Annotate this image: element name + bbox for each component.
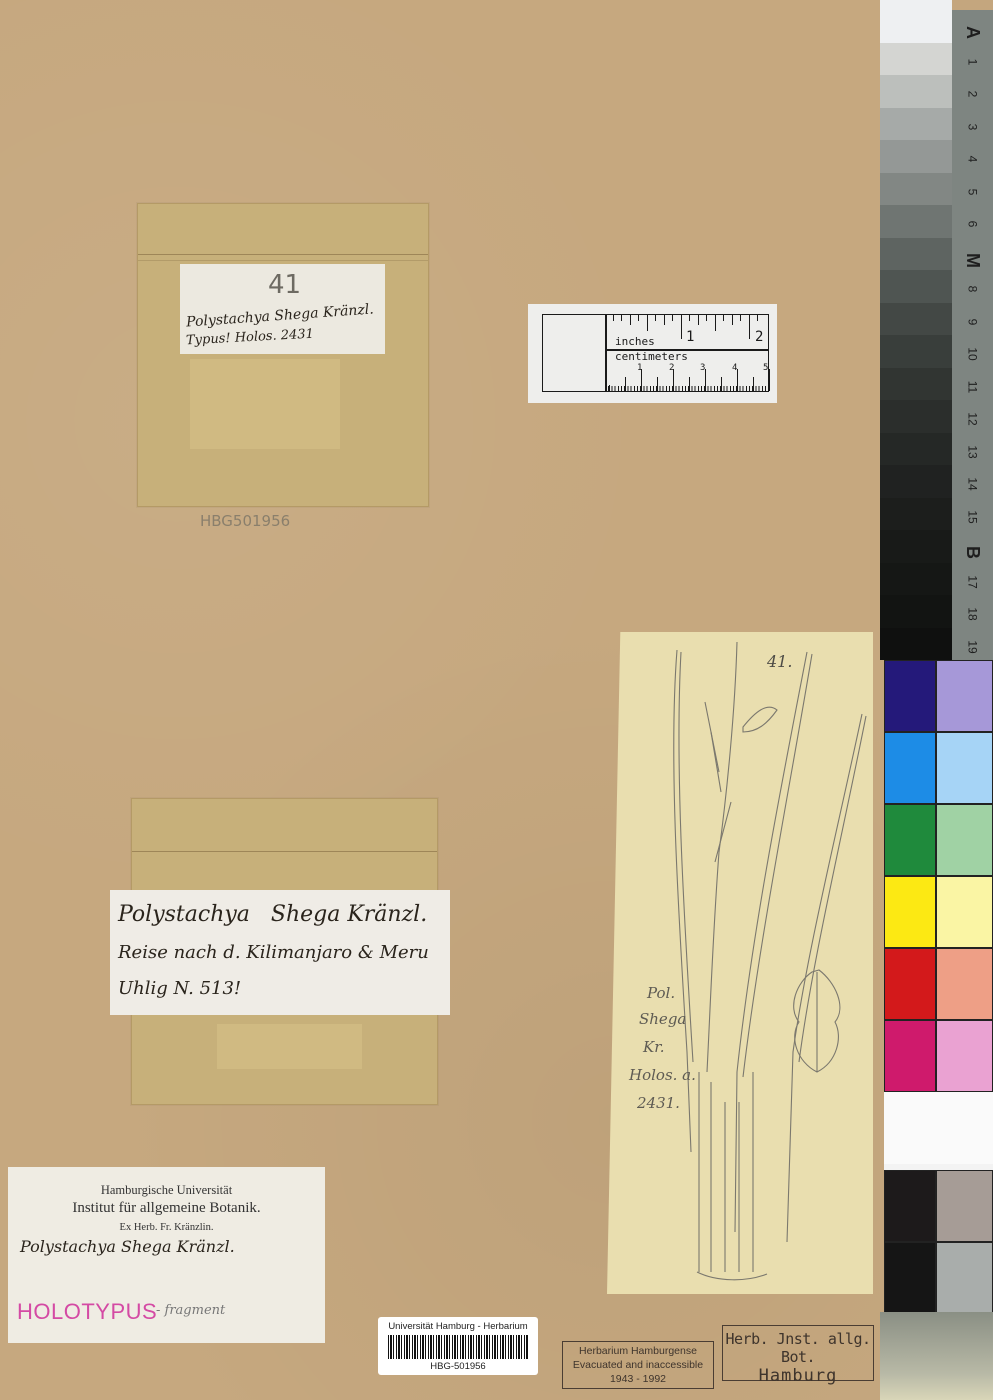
gray-patch	[880, 595, 952, 628]
top-packet-label: 41 Polystachya Shega Kränzl. Typus! Holo…	[180, 264, 385, 354]
gray-patch	[880, 238, 952, 271]
gray-patch	[880, 433, 952, 466]
color-swatch	[936, 660, 993, 732]
packet-flap	[132, 851, 437, 852]
color-swatch	[884, 660, 936, 732]
color-swatch-grid	[884, 660, 993, 1312]
institute-stamp-line1: Herb. Jnst. allg. Bot.	[723, 1330, 873, 1366]
centimeters-label: centimeters	[615, 350, 688, 363]
herbarium-sheet: 41 Polystachya Shega Kränzl. Typus! Holo…	[0, 0, 880, 1400]
gray-patch	[880, 0, 952, 43]
collector-label: Polystachya Shega Kränzl. Reise nach d. …	[110, 890, 450, 1015]
gray-patch	[880, 108, 952, 141]
collector-label-line3: Uhlig N. 513!	[118, 978, 241, 999]
gray-patch	[880, 530, 952, 563]
color-swatch	[884, 1242, 936, 1314]
barcode-icon	[388, 1335, 528, 1359]
top-specimen-packet: 41 Polystachya Shega Kränzl. Typus! Holo…	[137, 203, 429, 507]
institute-stamp-line2: Hamburg	[723, 1366, 873, 1386]
evacuation-stamp-line3: 1943 - 1992	[563, 1372, 713, 1386]
packet-flap	[138, 260, 428, 261]
drawing-note-2: Shega	[639, 1010, 686, 1028]
drawing-note-4: Holos. a.	[629, 1066, 696, 1084]
color-calibration-chart: A123456M89101112131415B171819	[880, 0, 993, 1400]
inch-mark-2: 2	[755, 329, 763, 345]
packet-fragment	[217, 1024, 362, 1069]
institute-name: Institut für allgemeine Botanik.	[8, 1200, 325, 1217]
gray-scale: A123456M89101112131415B171819	[880, 0, 993, 660]
label-typus-line: Typus! Holos. 2431	[186, 327, 315, 349]
packet-flap	[138, 254, 428, 255]
institution-label: Hamburgische Universität Institut für al…	[8, 1167, 325, 1343]
gray-patch	[880, 498, 952, 531]
gray-patch	[880, 270, 952, 303]
inch-mark-1: 1	[686, 329, 694, 345]
color-swatch	[884, 948, 936, 1020]
botanical-drawing: 41. Pol. Shega Kr. Holos. a. 2431.	[607, 632, 873, 1294]
barcode-number: HBG-501956	[378, 1361, 538, 1372]
color-swatch	[884, 1020, 936, 1092]
drawing-note-1: Pol.	[647, 984, 675, 1002]
gray-patch	[880, 628, 952, 661]
gray-patch	[880, 465, 952, 498]
collector-label-line2: Reise nach d. Kilimanjaro & Meru	[118, 942, 429, 963]
gray-patch	[880, 335, 952, 368]
label-number: 41	[268, 270, 301, 300]
gray-patch	[880, 303, 952, 336]
cm-mark-5: 5	[763, 363, 768, 373]
color-swatch	[884, 804, 936, 876]
holotypus-note: - fragment	[156, 1303, 225, 1318]
label-species-line: Polystachya Shega Kränzl.	[186, 301, 375, 330]
color-swatch	[884, 732, 936, 804]
gray-patch	[880, 368, 952, 401]
herbarium-source: Ex Herb. Fr. Kränzlin.	[8, 1222, 325, 1233]
gray-scale-label-band: A123456M89101112131415B171819	[952, 10, 993, 660]
color-swatch	[936, 1020, 993, 1092]
pencil-catalog-number: HBG501956	[200, 512, 290, 530]
handwritten-species: Polystachya Shega Kränzl.	[20, 1237, 235, 1256]
color-swatch	[936, 1170, 993, 1242]
color-swatch	[884, 876, 936, 948]
gray-patch	[880, 563, 952, 596]
gray-patch	[880, 140, 952, 173]
white-swatch	[884, 1092, 993, 1164]
drawing-note-5: 2431.	[637, 1094, 680, 1112]
holotypus-stamp: HOLOTYPUS	[17, 1299, 157, 1325]
chart-shadow	[880, 1312, 993, 1400]
gray-patch	[880, 205, 952, 238]
institute-stamp: Herb. Jnst. allg. Bot. Hamburg	[722, 1325, 874, 1381]
drawing-note-3: Kr.	[643, 1038, 665, 1056]
gray-patch	[880, 75, 952, 108]
color-swatch	[936, 876, 993, 948]
gray-patch	[880, 43, 952, 76]
color-swatch	[884, 1170, 936, 1242]
evacuation-stamp-line2: Evacuated and inaccessible	[563, 1358, 713, 1372]
inches-label: inches	[615, 335, 655, 348]
evacuation-stamp-line1: Herbarium Hamburgense	[563, 1344, 713, 1358]
university-name: Hamburgische Universität	[8, 1183, 325, 1198]
color-swatch	[936, 1242, 993, 1314]
plant-sketch-icon	[607, 632, 873, 1294]
scale-ruler: inches 1 2 centimeters 1 2 3 4 5	[528, 304, 777, 403]
color-swatch	[936, 948, 993, 1020]
gray-patch	[880, 173, 952, 206]
gray-scale-label: 15	[966, 496, 980, 537]
barcode-title: Universität Hamburg - Herbarium	[378, 1321, 538, 1332]
packet-fragment	[190, 359, 340, 449]
evacuation-stamp: Herbarium Hamburgense Evacuated and inac…	[562, 1341, 714, 1389]
gray-patch	[880, 400, 952, 433]
drawing-number: 41.	[767, 652, 792, 671]
color-swatch	[936, 732, 993, 804]
collector-label-line1: Polystachya Shega Kränzl.	[118, 902, 427, 927]
color-swatch	[936, 804, 993, 876]
barcode-label: Universität Hamburg - Herbarium HBG-5019…	[378, 1317, 538, 1375]
gray-scale-label: 6	[966, 204, 980, 245]
